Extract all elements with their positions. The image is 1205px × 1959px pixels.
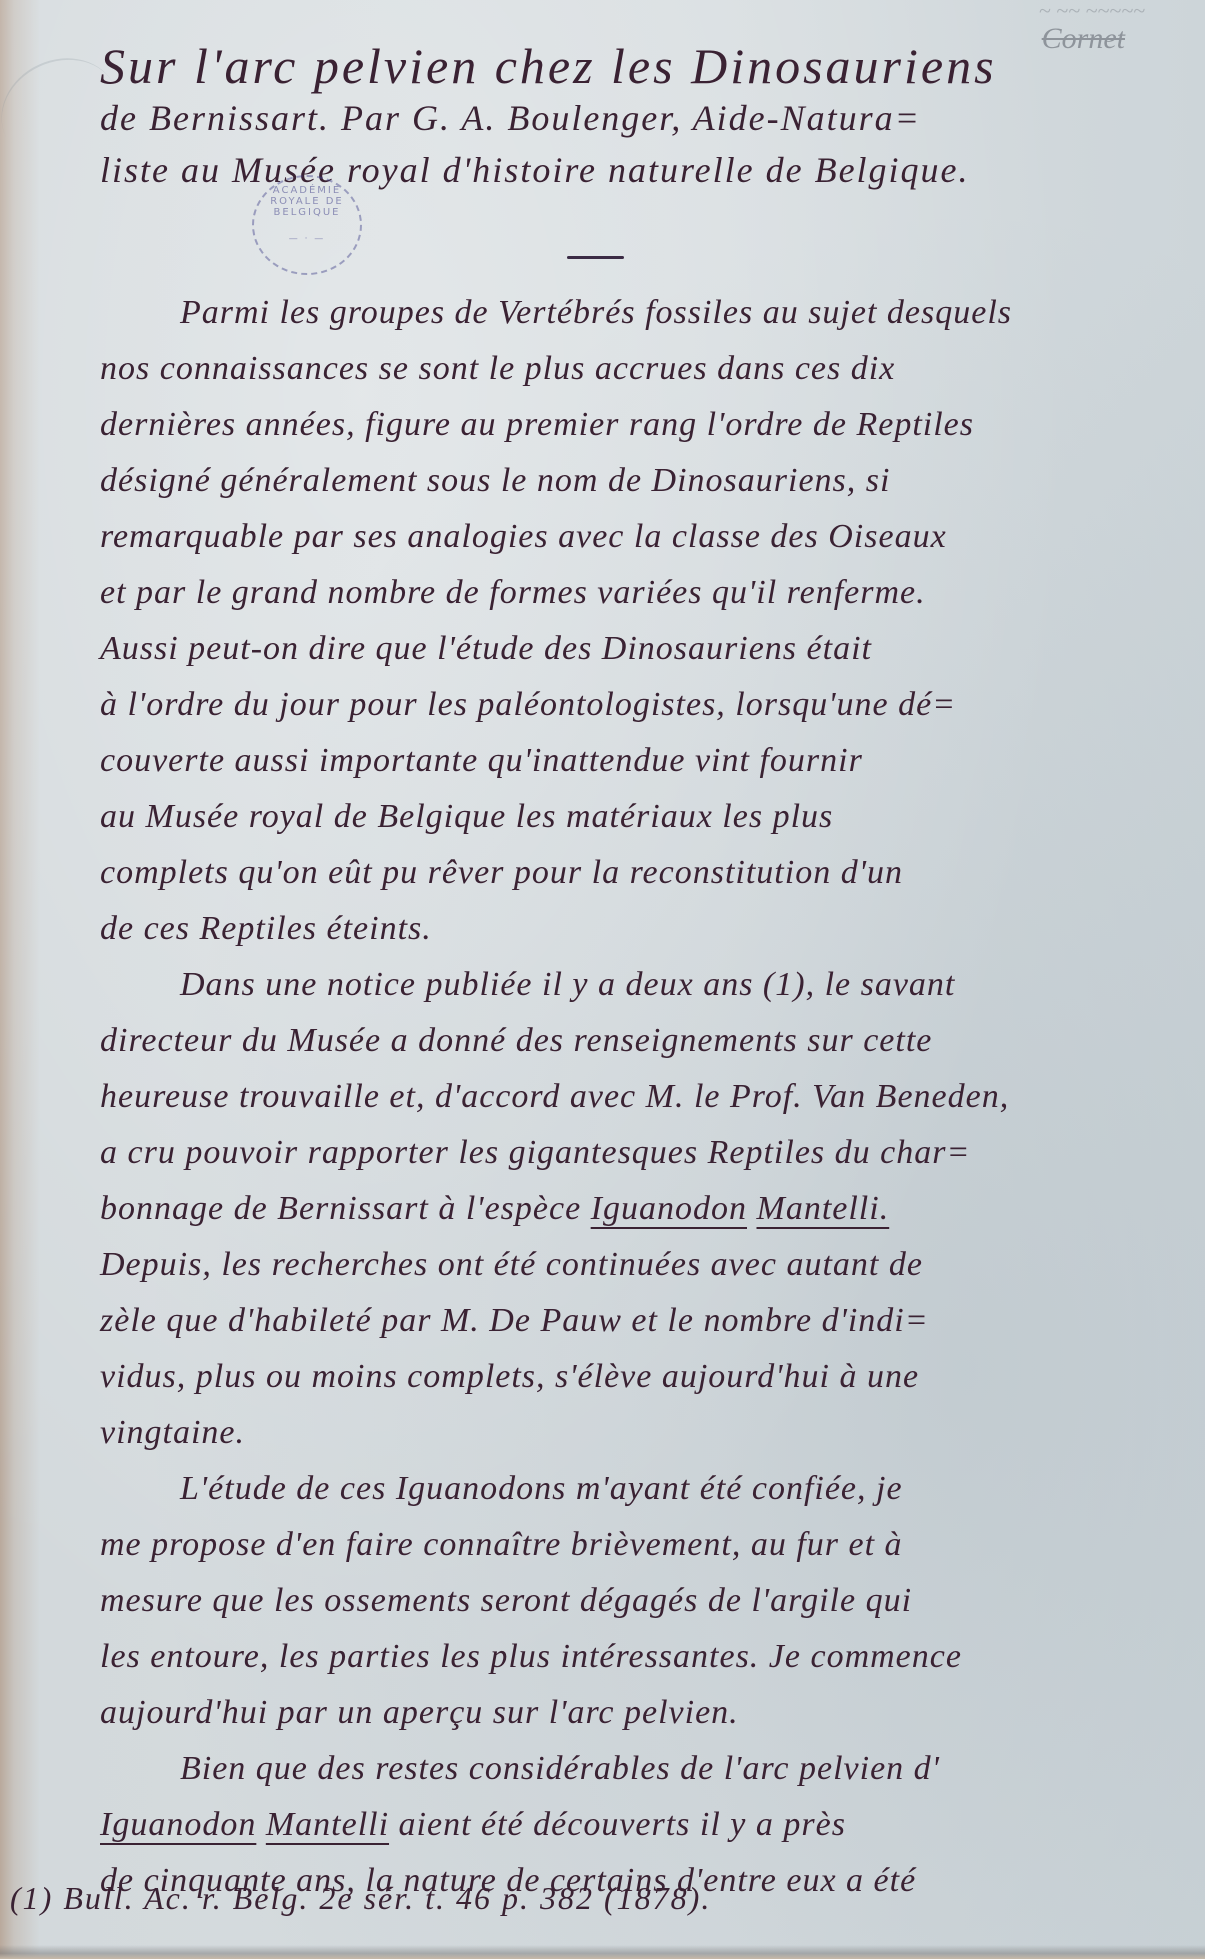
- text-line: dernières années, figure au premier rang…: [100, 397, 1190, 453]
- text-line: de ces Reptiles éteints.: [100, 901, 1190, 957]
- text-line: les entoure, les parties les plus intére…: [100, 1629, 1190, 1685]
- text-line: couverte aussi importante qu'inattendue …: [100, 733, 1190, 789]
- academy-stamp: ACADÉMIE ROYALE DE BELGIQUE — · —: [252, 175, 362, 275]
- species-genus-underlined: Iguanodon: [100, 1806, 256, 1843]
- species-name-underlined: Mantelli.: [757, 1190, 890, 1227]
- text-line: désigné généralement sous le nom de Dino…: [100, 453, 1190, 509]
- title-line-2: de Bernissart. Par G. A. Boulenger, Aide…: [100, 92, 1180, 144]
- text-line: complets qu'on eût pu rêver pour la reco…: [100, 845, 1190, 901]
- pencil-note-top: ~ ~~ ~~~~~: [865, 0, 1145, 22]
- text-line: vidus, plus ou moins complets, s'élève a…: [100, 1349, 1190, 1405]
- title-line-1: Sur l'arc pelvien chez les Dinosauriens: [100, 40, 1180, 92]
- text-line: Iguanodon Mantelli aient été découverts …: [100, 1797, 1190, 1853]
- text-fragment: bonnage de Bernissart à l'espèce: [100, 1190, 591, 1227]
- text-line: à l'ordre du jour pour les paléontologis…: [100, 677, 1190, 733]
- text-line: mesure que les ossements seront dégagés …: [100, 1573, 1190, 1629]
- title-separator-dash: [567, 256, 624, 259]
- text-line: aujourd'hui par un aperçu sur l'arc pelv…: [100, 1685, 1190, 1741]
- manuscript-title: Sur l'arc pelvien chez les Dinosauriens …: [100, 40, 1180, 196]
- text-line: L'étude de ces Iguanodons m'ayant été co…: [100, 1461, 1190, 1517]
- footnote: (1) Bull. Ac. r. Belg. 2e sér. t. 46 p. …: [10, 1880, 711, 1917]
- text-line: Dans une notice publiée il y a deux ans …: [100, 957, 1190, 1013]
- page-bottom-edge: [0, 1945, 1205, 1959]
- text-line: et par le grand nombre de formes variées…: [100, 565, 1190, 621]
- species-genus-underlined: Iguanodon: [591, 1190, 747, 1227]
- text-line: remarquable par ses analogies avec la cl…: [100, 509, 1190, 565]
- text-line: a cru pouvoir rapporter les gigantesques…: [100, 1125, 1190, 1181]
- text-line: heureuse trouvaille et, d'accord avec M.…: [100, 1069, 1190, 1125]
- text-line: bonnage de Bernissart à l'espèce Iguanod…: [100, 1181, 1190, 1237]
- species-name-underlined: Mantelli: [266, 1806, 389, 1843]
- text-line: zèle que d'habileté par M. De Pauw et le…: [100, 1293, 1190, 1349]
- text-line: me propose d'en faire connaître brièveme…: [100, 1517, 1190, 1573]
- text-line: vingtaine.: [100, 1405, 1190, 1461]
- text-line: au Musée royal de Belgique les matériaux…: [100, 789, 1190, 845]
- text-line: nos connaissances se sont le plus accrue…: [100, 341, 1190, 397]
- stamp-text: ACADÉMIE ROYALE DE BELGIQUE: [254, 185, 360, 218]
- text-line: directeur du Musée a donné des renseigne…: [100, 1013, 1190, 1069]
- text-line: Depuis, les recherches ont été continuée…: [100, 1237, 1190, 1293]
- stamp-inner-rule: — · —: [254, 234, 360, 244]
- text-line: Parmi les groupes de Vertébrés fossiles …: [100, 285, 1190, 341]
- text-fragment: aient été découverts il y a près: [399, 1806, 846, 1843]
- manuscript-page: ~ ~~ ~~~~~ Cornet Sur l'arc pelvien chez…: [0, 0, 1205, 1959]
- text-line: Bien que des restes considérables de l'a…: [100, 1741, 1190, 1797]
- text-line: Aussi peut-on dire que l'étude des Dinos…: [100, 621, 1190, 677]
- manuscript-body: Parmi les groupes de Vertébrés fossiles …: [100, 285, 1190, 1909]
